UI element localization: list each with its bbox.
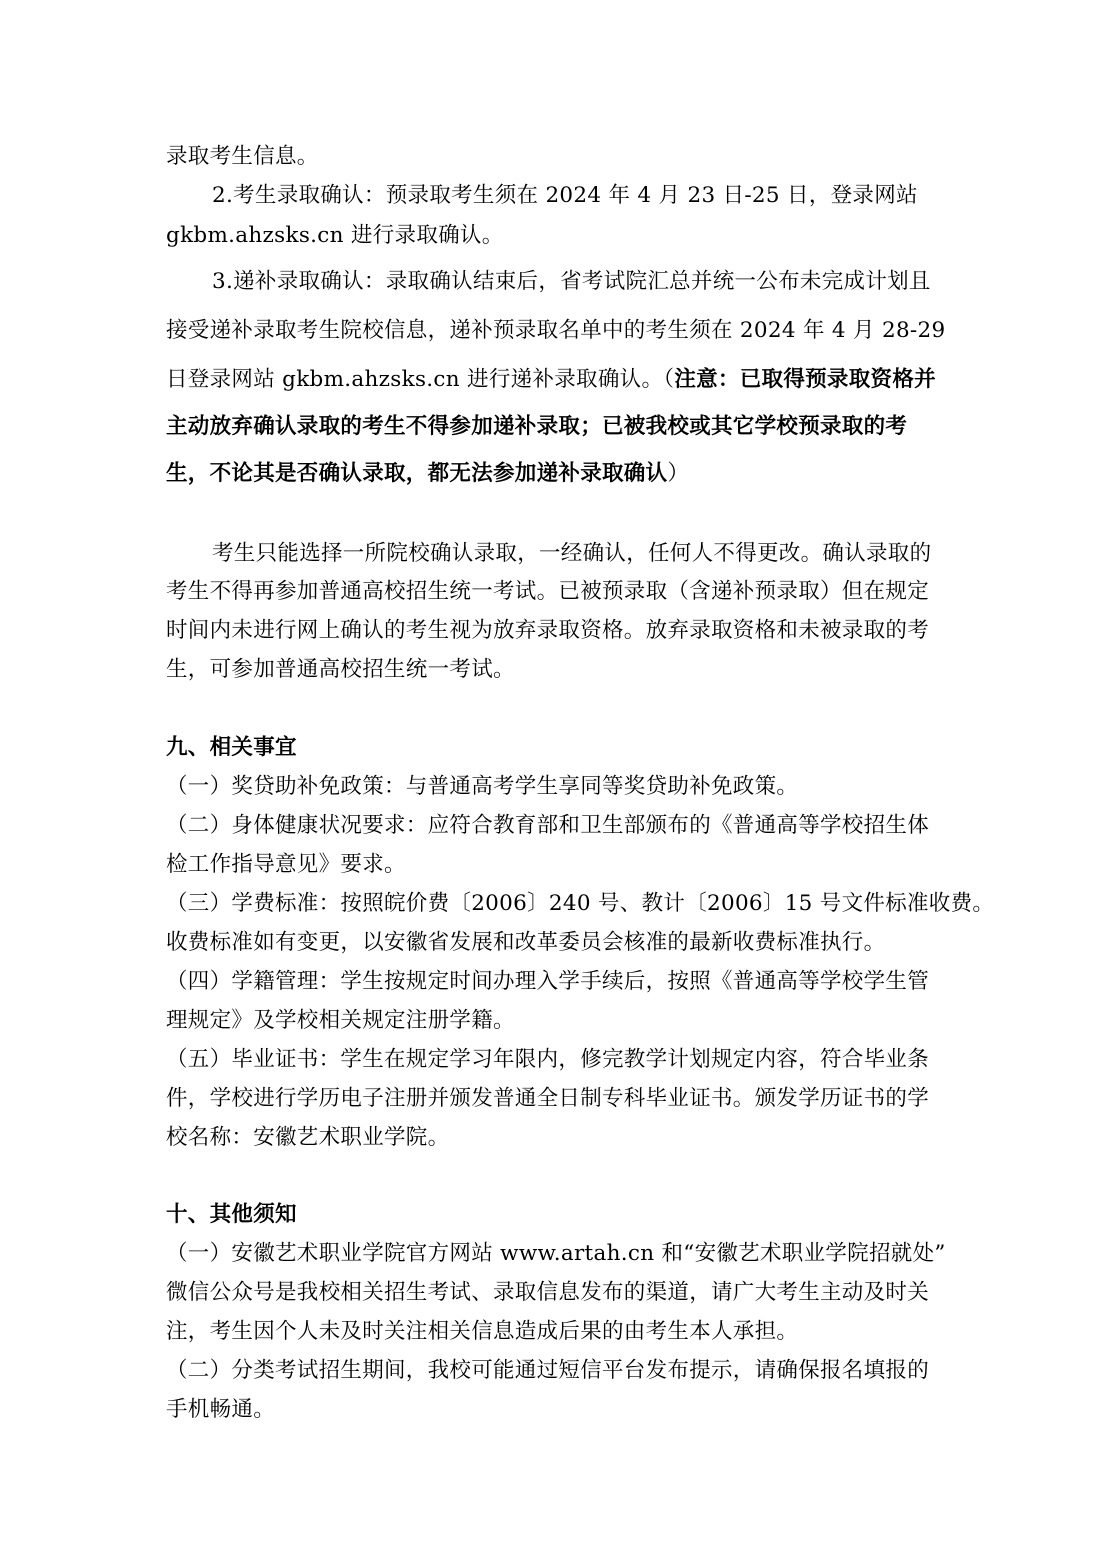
supplementary-admission-text: 日登录网站 gkbm.ahzsks.cn 进行递补录取确认。（ — [166, 367, 674, 392]
related-matters-line: 检工作指导意见》要求。 — [166, 851, 406, 879]
document-page: 录取考生信息。 2.考生录取确认：预录取考生须在 2024 年 4 月 23 日… — [0, 0, 1102, 1559]
section-heading-other-notices: 十、其他须知 — [166, 1201, 297, 1229]
notice-bold-line-3: 生，不论其是否确认录取，都无法参加递补录取确认） — [166, 460, 689, 488]
supplementary-admission-line-3: 日登录网站 gkbm.ahzsks.cn 进行递补录取确认。（注意：已取得预录取… — [166, 366, 936, 394]
notice-bold-text: 生，不论其是否确认录取，都无法参加递补录取确认 — [166, 461, 667, 486]
note-paragraph-line-3: 时间内未进行网上确认的考生视为放弃录取资格。放弃录取资格和未被录取的考 — [166, 617, 929, 645]
note-paragraph-line-1: 考生只能选择一所院校确认录取，一经确认，任何人不得更改。确认录取的 — [212, 540, 931, 568]
supplementary-admission-line-2: 接受递补录取考生院校信息，递补预录取名单中的考生须在 2024 年 4 月 28… — [166, 317, 945, 345]
confirm-admission-line-2: gkbm.ahzsks.cn 进行录取确认。 — [166, 222, 504, 250]
related-matters-line: 收费标准如有变更，以安徽省发展和改革委员会核准的最新收费标准执行。 — [166, 929, 885, 957]
notice-bold-text: 注意：已取得预录取资格并 — [674, 367, 936, 392]
other-notices-line: 手机畅通。 — [166, 1396, 275, 1424]
related-matters-line: 理规定》及学校相关规定注册学籍。 — [166, 1007, 515, 1035]
other-notices-line: （一）安徽艺术职业学院官方网站 www.artah.cn 和“安徽艺术职业学院招… — [166, 1240, 946, 1268]
related-matters-line: （二）身体健康状况要求：应符合教育部和卫生部颁布的《普通高等学校招生体 — [166, 812, 929, 840]
other-notices-line: （二）分类考试招生期间，我校可能通过短信平台发布提示，请确保报名填报的 — [166, 1357, 929, 1385]
other-notices-line: 微信公众号是我校相关招生考试、录取信息发布的渠道，请广大考生主动及时关 — [166, 1279, 929, 1307]
supplementary-admission-line-1: 3.递补录取确认：录取确认结束后，省考试院汇总并统一公布未完成计划且 — [212, 268, 931, 296]
related-matters-line: （三）学费标准：按照皖价费〔2006〕240 号、教计〔2006〕15 号文件标… — [166, 890, 994, 918]
closing-paren: ） — [667, 461, 689, 486]
other-notices-line: 注，考生因个人未及时关注相关信息造成后果的由考生本人承担。 — [166, 1318, 798, 1346]
paragraph-line: 录取考生信息。 — [166, 143, 319, 171]
related-matters-line: 校名称：安徽艺术职业学院。 — [166, 1124, 449, 1152]
note-paragraph-line-2: 考生不得再参加普通高校招生统一考试。已被预录取（含递补预录取）但在规定 — [166, 578, 929, 606]
section-heading-related-matters: 九、相关事宜 — [166, 734, 297, 762]
related-matters-line: （五）毕业证书：学生在规定学习年限内，修完教学计划规定内容，符合毕业条 — [166, 1046, 929, 1074]
related-matters-line: 件，学校进行学历电子注册并颁发普通全日制专科毕业证书。颁发学历证书的学 — [166, 1085, 929, 1113]
related-matters-line: （四）学籍管理：学生按规定时间办理入学手续后，按照《普通高等学校学生管 — [166, 968, 929, 996]
note-paragraph-line-4: 生，可参加普通高校招生统一考试。 — [166, 656, 515, 684]
related-matters-line: （一）奖贷助补免政策：与普通高考学生享同等奖贷助补免政策。 — [166, 773, 798, 801]
notice-bold-line-2: 主动放弃确认录取的考生不得参加递补录取；已被我校或其它学校预录取的考 — [166, 413, 907, 441]
confirm-admission-line-1: 2.考生录取确认：预录取考生须在 2024 年 4 月 23 日-25 日，登录… — [212, 182, 918, 210]
